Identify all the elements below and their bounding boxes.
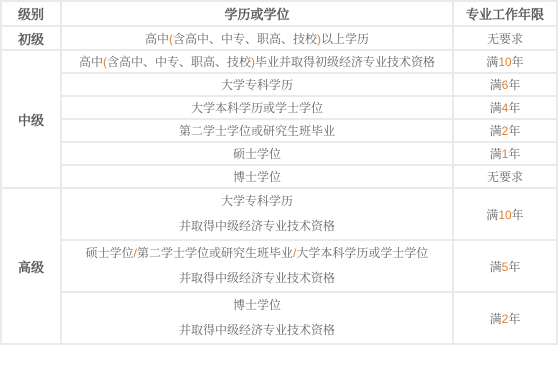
years-cell: 无要求: [453, 165, 557, 188]
table-row: 第二学士学位或研究生班毕业 满2年: [1, 119, 557, 142]
edu-cell: 硕士学位: [61, 142, 453, 165]
header-cell-level: 级别: [1, 1, 61, 26]
level-cell-senior: 高级: [1, 188, 61, 344]
table-row: 大学专科学历 满6年: [1, 73, 557, 96]
edu-cell: 博士学位: [61, 165, 453, 188]
years-cell: 满1年: [453, 142, 557, 165]
edu-line: 硕士学位/第二学士学位或研究生班毕业/大学本科学历或学士学位: [66, 241, 448, 266]
table-row: 硕士学位/第二学士学位或研究生班毕业/大学本科学历或学士学位 并取得中级经济专业…: [1, 240, 557, 292]
header-cell-years: 专业工作年限: [453, 1, 557, 26]
years-cell: 满2年: [453, 119, 557, 142]
edu-cell: 高中(含高中、中专、职高、技校)以上学历: [61, 26, 453, 50]
page: 级别 学历或学位 专业工作年限 初级 高中(含高中、中专、职高、技校)以上学历 …: [0, 0, 558, 365]
table-header-row: 级别 学历或学位 专业工作年限: [1, 1, 557, 26]
table-row: 中级 高中(含高中、中专、职高、技校)毕业并取得初级经济专业技术资格 满10年: [1, 50, 557, 73]
table-row: 博士学位 无要求: [1, 165, 557, 188]
edu-cell: 大学本科学历或学士学位: [61, 96, 453, 119]
edu-line: 并取得中级经济专业技术资格: [66, 266, 448, 291]
header-cell-education: 学历或学位: [61, 1, 453, 26]
level-cell-junior: 初级: [1, 26, 61, 50]
years-cell: 无要求: [453, 26, 557, 50]
table-row: 硕士学位 满1年: [1, 142, 557, 165]
edu-cell: 大学专科学历: [61, 73, 453, 96]
years-cell: 满6年: [453, 73, 557, 96]
edu-cell: 硕士学位/第二学士学位或研究生班毕业/大学本科学历或学士学位 并取得中级经济专业…: [61, 240, 453, 292]
years-cell: 满4年: [453, 96, 557, 119]
requirements-table: 级别 学历或学位 专业工作年限 初级 高中(含高中、中专、职高、技校)以上学历 …: [0, 0, 558, 345]
table-row: 高级 大学专科学历 并取得中级经济专业技术资格 满10年: [1, 188, 557, 240]
years-cell: 满2年: [453, 292, 557, 344]
years-cell: 满10年: [453, 188, 557, 240]
edu-line: 大学专科学历: [66, 189, 448, 214]
edu-line: 并取得中级经济专业技术资格: [66, 318, 448, 343]
level-cell-intermediate: 中级: [1, 50, 61, 188]
years-cell: 满10年: [453, 50, 557, 73]
edu-cell: 高中(含高中、中专、职高、技校)毕业并取得初级经济专业技术资格: [61, 50, 453, 73]
edu-cell: 大学专科学历 并取得中级经济专业技术资格: [61, 188, 453, 240]
edu-line: 博士学位: [66, 293, 448, 318]
edu-cell: 博士学位 并取得中级经济专业技术资格: [61, 292, 453, 344]
edu-cell: 第二学士学位或研究生班毕业: [61, 119, 453, 142]
table-row: 初级 高中(含高中、中专、职高、技校)以上学历 无要求: [1, 26, 557, 50]
table-row: 大学本科学历或学士学位 满4年: [1, 96, 557, 119]
years-cell: 满5年: [453, 240, 557, 292]
edu-line: 并取得中级经济专业技术资格: [66, 214, 448, 239]
table-row: 博士学位 并取得中级经济专业技术资格 满2年: [1, 292, 557, 344]
